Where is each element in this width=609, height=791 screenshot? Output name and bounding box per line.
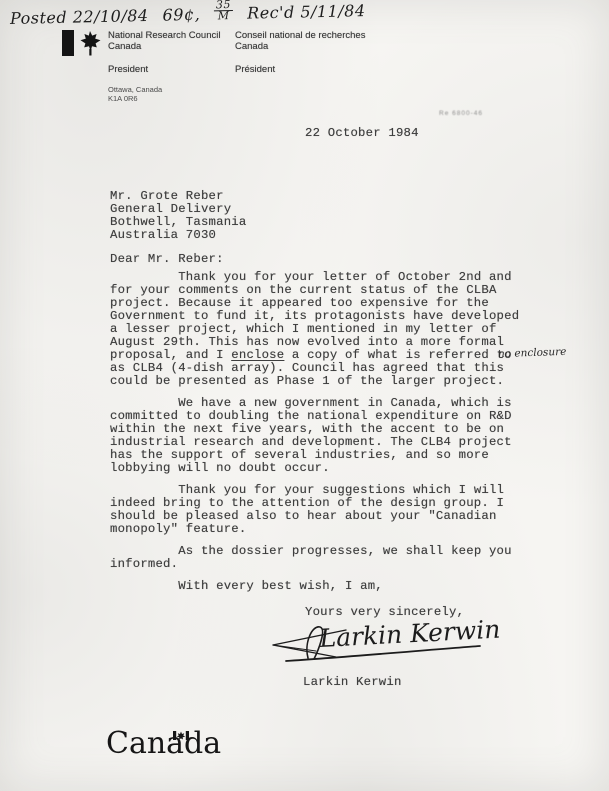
wordmark-flag-icon <box>173 727 189 745</box>
paragraph-1: Thank you for your letter of October 2nd… <box>110 271 548 388</box>
postage-amount-note: 69¢, <box>162 5 200 25</box>
typed-signature-name: Larkin Kerwin <box>303 676 402 689</box>
letter-body: Thank you for your letter of October 2nd… <box>110 271 548 602</box>
handwritten-postal-note: Posted 22/10/84 69¢, 35 M Rec'd 5/11/84 <box>10 1 366 28</box>
posted-date-note: Posted 22/10/84 <box>10 6 149 28</box>
canada-flag-icon <box>62 30 104 57</box>
paragraph-2: We have a new government in Canada, whic… <box>110 397 548 475</box>
org-name-english: National Research Council Canada <box>108 30 220 52</box>
canada-wordmark: Canada <box>106 726 221 761</box>
paragraph-5: With every best wish, I am, <box>110 580 548 593</box>
org-name-french: Conseil national de recherches Canada <box>235 30 365 52</box>
letterhead-address: Ottawa, Canada K1A 0R6 <box>108 86 162 103</box>
scanned-letter-page: Posted 22/10/84 69¢, 35 M Rec'd 5/11/84 … <box>0 0 609 791</box>
mini-flag-icon <box>173 731 189 740</box>
sender-title-french: Président <box>235 64 275 75</box>
nrc-flag-logo <box>62 30 104 62</box>
margin-note-no-enclosure: no enclosure <box>498 346 567 360</box>
salutation: Dear Mr. Reber: <box>110 253 224 266</box>
received-date-note: Rec'd 5/11/84 <box>247 1 366 23</box>
paragraph-4: As the dossier progresses, we shall keep… <box>110 545 548 571</box>
postage-rate-fraction: 35 M <box>214 0 233 21</box>
file-reference-stamp: Re 6800-46 <box>439 110 483 117</box>
letter-date: 22 October 1984 <box>305 127 419 140</box>
underlined-word-enclose: enclose <box>231 348 284 362</box>
paragraph-3: Thank you for your suggestions which I w… <box>110 484 548 536</box>
sender-title-english: President <box>108 64 148 75</box>
recipient-address: Mr. Grote Reber General Delivery Bothwel… <box>110 190 246 242</box>
